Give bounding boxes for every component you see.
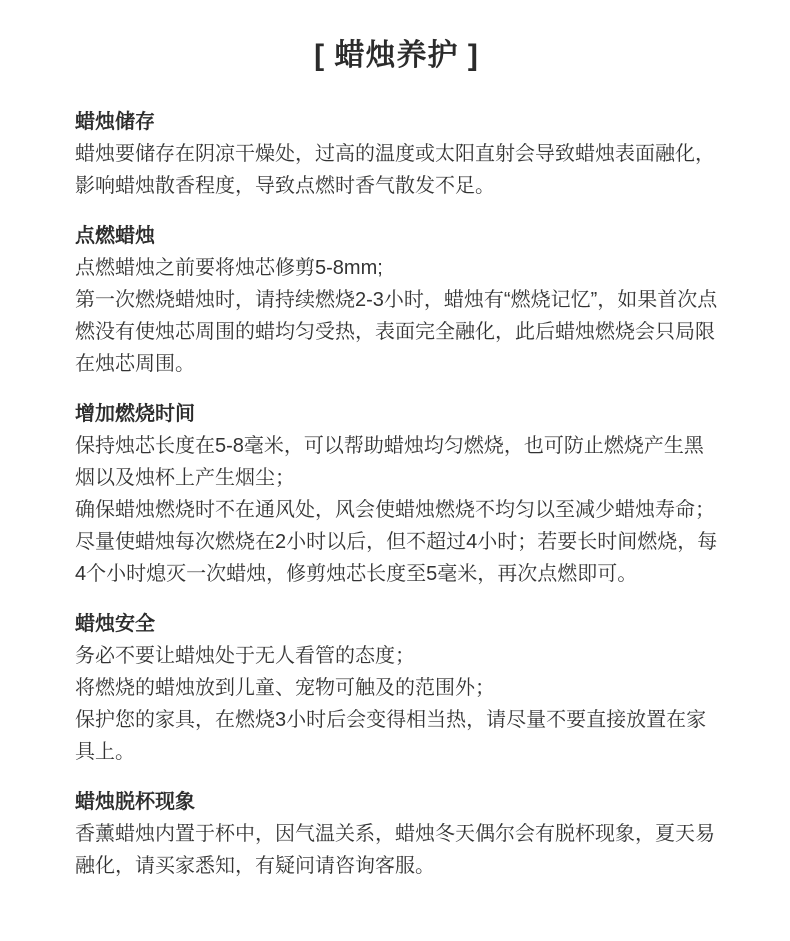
section-heading-increase-burn-time: 增加燃烧时间 (75, 398, 718, 430)
paragraph: 蜡烛要储存在阴凉干燥处，过高的温度或太阳直射会导致蜡烛表面融化，影响蜡烛散香程度… (75, 138, 718, 202)
paragraph: 第一次燃烧蜡烛时，请持续燃烧2-3小时，蜡烛有“燃烧记忆”，如果首次点燃没有使烛… (75, 284, 718, 380)
paragraph: 保持烛芯长度在5-8毫米，可以帮助蜡烛均匀燃烧，也可防止燃烧产生黑烟以及烛杯上产… (75, 430, 718, 494)
section-lighting-candle: 点燃蜡烛 点燃蜡烛之前要将烛芯修剪5-8mm; 第一次燃烧蜡烛时，请持续燃烧2-… (75, 220, 718, 380)
section-candle-storage: 蜡烛储存 蜡烛要储存在阴凉干燥处，过高的温度或太阳直射会导致蜡烛表面融化，影响蜡… (75, 106, 718, 202)
page-title: [ 蜡烛养护 ] (75, 34, 718, 78)
paragraph: 务必不要让蜡烛处于无人看管的态度； (75, 640, 718, 672)
section-candle-safety: 蜡烛安全 务必不要让蜡烛处于无人看管的态度； 将燃烧的蜡烛放到儿童、宠物可触及的… (75, 608, 718, 768)
paragraph: 将燃烧的蜡烛放到儿童、宠物可触及的范围外； (75, 672, 718, 704)
section-heading-candle-safety: 蜡烛安全 (75, 608, 718, 640)
paragraph: 确保蜡烛燃烧时不在通风处，风会使蜡烛燃烧不均匀以至减少蜡烛寿命； (75, 494, 718, 526)
section-increase-burn-time: 增加燃烧时间 保持烛芯长度在5-8毫米，可以帮助蜡烛均匀燃烧，也可防止燃烧产生黑… (75, 398, 718, 590)
section-heading-candle-storage: 蜡烛储存 (75, 106, 718, 138)
paragraph: 保护您的家具，在燃烧3小时后会变得相当热，请尽量不要直接放置在家具上。 (75, 704, 718, 768)
section-heading-candle-detach: 蜡烛脱杯现象 (75, 786, 718, 818)
paragraph: 尽量使蜡烛每次燃烧在2小时以后，但不超过4小时；若要长时间燃烧，每4个小时熄灭一… (75, 526, 718, 590)
candle-care-document: [ 蜡烛养护 ] 蜡烛储存 蜡烛要储存在阴凉干燥处，过高的温度或太阳直射会导致蜡… (0, 0, 790, 882)
paragraph: 香薰蜡烛内置于杯中，因气温关系，蜡烛冬天偶尔会有脱杯现象，夏天易融化，请买家悉知… (75, 818, 718, 882)
section-heading-lighting-candle: 点燃蜡烛 (75, 220, 718, 252)
paragraph: 点燃蜡烛之前要将烛芯修剪5-8mm; (75, 252, 718, 284)
section-candle-detach: 蜡烛脱杯现象 香薰蜡烛内置于杯中，因气温关系，蜡烛冬天偶尔会有脱杯现象，夏天易融… (75, 786, 718, 882)
